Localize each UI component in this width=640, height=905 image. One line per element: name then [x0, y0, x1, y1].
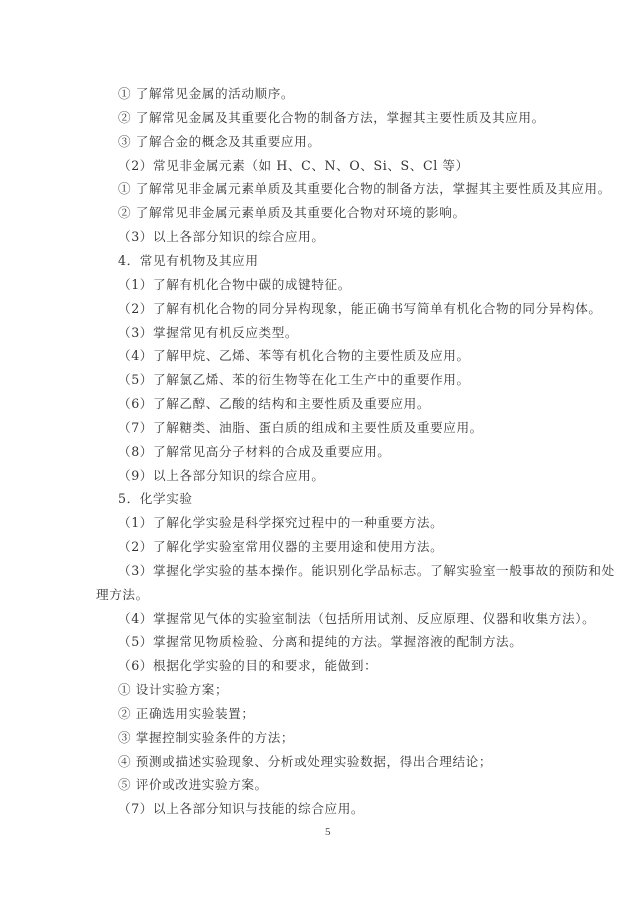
text-line: （9）以上各部分知识的综合应用。	[118, 468, 325, 484]
text-line: （6）根据化学实验的目的和要求，能做到：	[118, 658, 377, 674]
text-line: （6）了解乙醇、乙酸的结构和主要性质及重要应用。	[118, 396, 430, 412]
page-number: 5	[325, 826, 331, 838]
text-line: （7）了解糖类、油脂、蛋白质的组成和主要性质及重要应用。	[118, 420, 483, 436]
document-page: ① 了解常见金属的活动顺序。② 了解常见金属及其重要化合物的制备方法，掌握其主要…	[0, 0, 640, 905]
text-line: （8）了解常见高分子材料的合成及重要应用。	[118, 444, 391, 460]
text-line: （7）以上各部分知识与技能的综合应用。	[118, 801, 364, 817]
text-line: ③ 掌握控制实验条件的方法；	[118, 730, 294, 746]
text-line: 4．常见有机物及其应用	[118, 253, 259, 269]
text-line: ② 正确选用实验装置；	[118, 706, 255, 722]
text-line: （5）了解氯乙烯、苯的衍生物等在化工生产中的重要作用。	[118, 372, 470, 388]
text-line: 理方法。	[96, 587, 149, 603]
text-line: （3）掌握常见有机反应类型。	[118, 325, 298, 341]
text-line: ② 了解常见金属及其重要化合物的制备方法，掌握其主要性质及其应用。	[118, 110, 545, 126]
text-line: （4）掌握常见气体的实验室制法（包括所用试剂、反应原理、仪器和收集方法）。	[118, 611, 595, 627]
text-line: （4）了解甲烷、乙烯、苯等有机化合物的主要性质及应用。	[118, 348, 470, 364]
text-line: ⑤ 评价或改进实验方案。	[118, 777, 268, 793]
text-line: （2）了解化学实验室常用仪器的主要用途和使用方法。	[118, 539, 443, 555]
text-line: ② 了解常见非金属元素单质及其重要化合物对环境的影响。	[118, 205, 466, 221]
text-line: （5）掌握常见物质检验、分离和提纯的方法。掌握溶液的配制方法。	[118, 634, 522, 650]
text-line: （1）了解有机化合物中碳的成键特征。	[118, 277, 351, 293]
text-line: ④ 预测或描述实验现象、分析或处理实验数据，得出合理结论；	[118, 754, 492, 770]
text-line: （2）了解有机化合物的同分异构现象，能正确书写简单有机化合物的同分异构体。	[118, 301, 602, 317]
text-line: ③ 了解合金的概念及其重要应用。	[118, 134, 321, 150]
text-line: （3）以上各部分知识的综合应用。	[118, 229, 325, 245]
text-line: ① 了解常见金属的活动顺序。	[118, 86, 294, 102]
text-line: （2）常见非金属元素（如 H、C、N、O、Si、S、Cl 等）	[118, 158, 469, 174]
text-line: 5．化学实验	[118, 491, 193, 507]
text-line: ① 了解常见非金属元素单质及其重要化合物的制备方法，掌握其主要性质及其应用。	[118, 181, 611, 197]
text-line: （1）了解化学实验是科学探究过程中的一种重要方法。	[118, 515, 443, 531]
text-line: ① 设计实验方案；	[118, 682, 228, 698]
text-line: （3）掌握化学实验的基本操作。能识别化学品标志。了解实验室一般事故的预防和处	[118, 563, 615, 579]
